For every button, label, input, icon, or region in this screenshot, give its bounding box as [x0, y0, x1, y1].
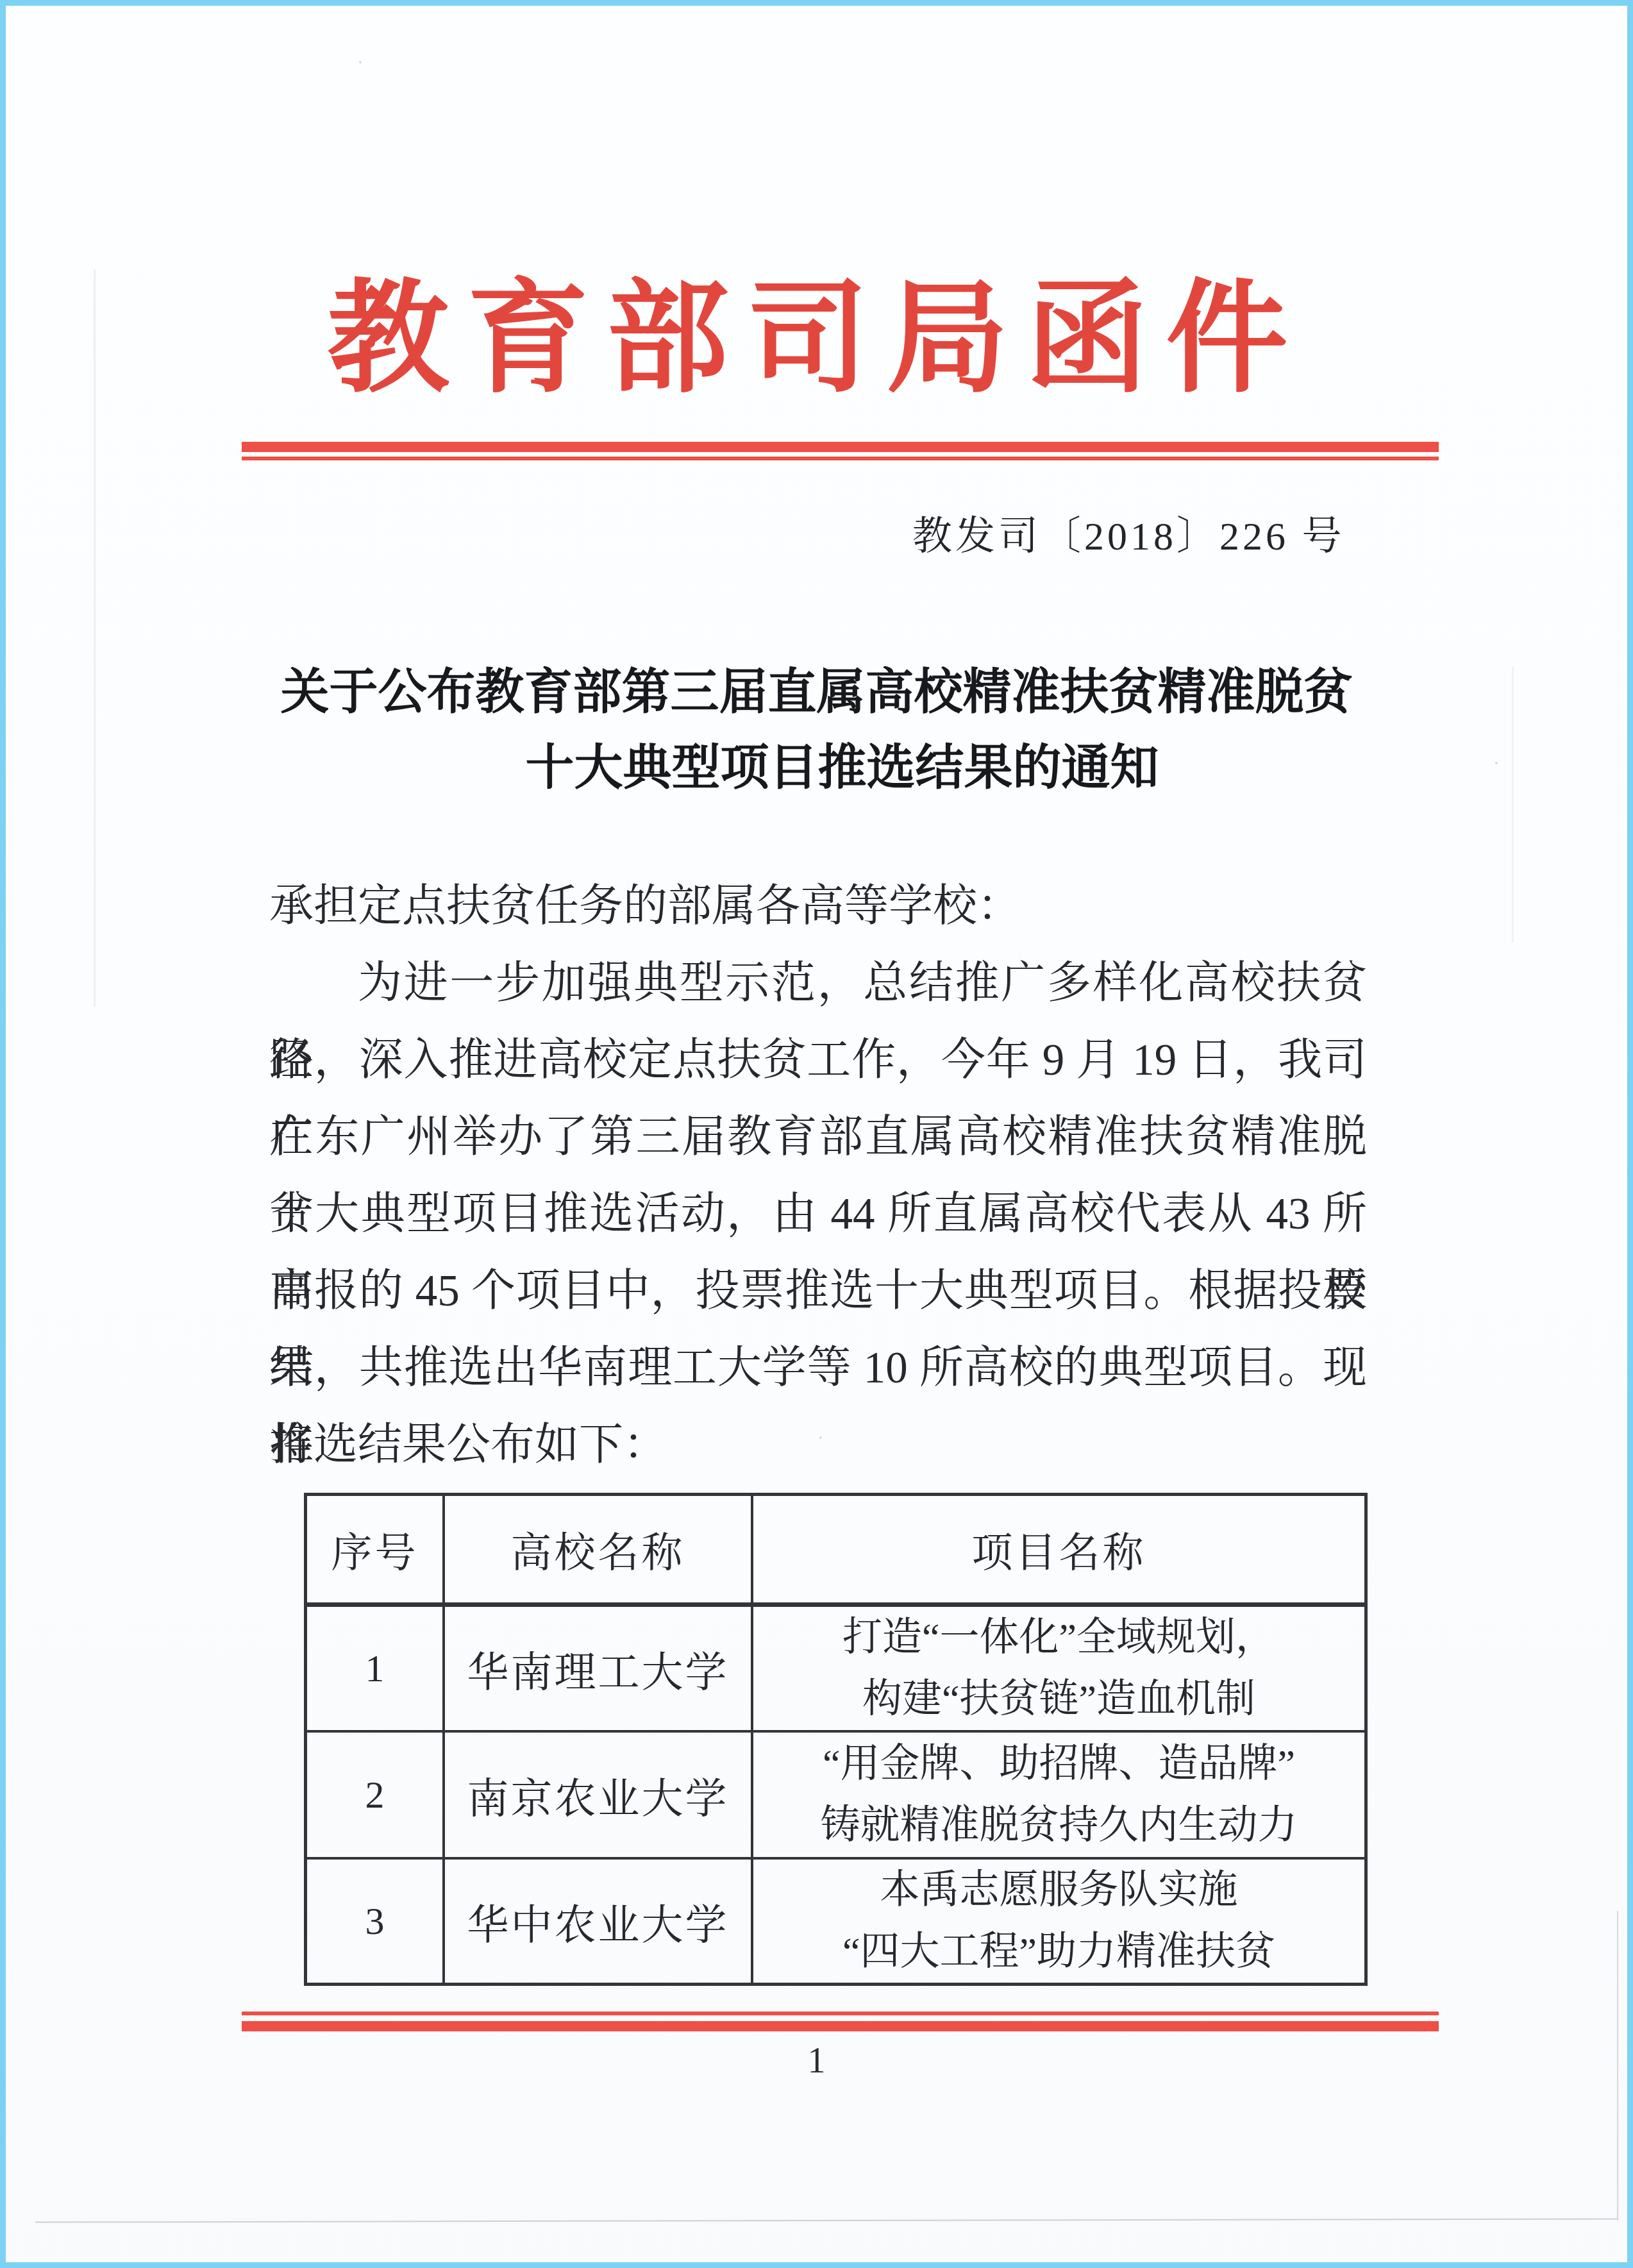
footer-rule-thick: [242, 2021, 1439, 2031]
header-cell-university: 高校名称: [444, 1495, 752, 1605]
notice-body: 承担定点扶贫任务的部属各高等学校： 为进一步加强典型示范，总结推广多样化高校扶贫…: [269, 868, 1367, 1483]
table-row: 2 南京农业大学 “用金牌、助招牌、造品牌” 铸就精准脱贫持久内生动力: [306, 1731, 1366, 1858]
cell-project: “用金牌、助招牌、造品牌” 铸就精准脱贫持久内生动力: [752, 1731, 1366, 1858]
body-line: 为进一步加强典型示范，总结推广多样化高校扶贫路: [269, 945, 1367, 1021]
body-line: 广东广州举办了第三届教育部直属高校精准扶贫精准脱贫: [269, 1098, 1367, 1175]
cell-project: 本禹志愿服务队实施 “四大工程”助力精准扶贫: [752, 1858, 1366, 1985]
project-line: 铸就精准脱贫持久内生动力: [753, 1795, 1364, 1856]
page-number: 1: [0, 2040, 1633, 2081]
cell-project: 打造“一体化”全域规划， 构建“扶贫链”造血机制: [752, 1605, 1366, 1732]
project-line: “用金牌、助招牌、造品牌”: [753, 1733, 1364, 1795]
cell-index: 3: [306, 1858, 444, 1985]
project-line: 构建“扶贫链”造血机制: [753, 1668, 1364, 1730]
dust-speck: [359, 61, 362, 63]
cell-index: 2: [306, 1731, 444, 1858]
notice-title-line2: 十大典型项目推选结果的通知: [26, 728, 1633, 798]
project-line: 本禹志愿服务队实施: [753, 1860, 1364, 1921]
project-line: “四大工程”助力精准扶贫: [753, 1921, 1364, 1983]
cell-index: 1: [306, 1605, 444, 1732]
header-rule-thin: [242, 457, 1439, 460]
cell-university: 华中农业大学: [444, 1858, 752, 1985]
header-cell-project: 项目名称: [752, 1495, 1366, 1605]
body-line: 果，共推选出华南理工大学等 10 所高校的典型项目。现将: [269, 1329, 1367, 1406]
body-line: 径，深入推进高校定点扶贫工作，今年 9 月 19 日，我司在: [269, 1021, 1367, 1098]
results-table: 序号 高校名称 项目名称 1 华南理工大学 打造“一体化”全域规划， 构建“扶贫…: [304, 1493, 1368, 1986]
scanned-document: { "colors": { "banner_red": "#e2473e", "…: [0, 0, 1633, 2268]
salutation-line: 承担定点扶贫任务的部属各高等学校：: [269, 868, 1367, 945]
cell-university: 南京农业大学: [444, 1731, 752, 1858]
header-rule-thick: [242, 442, 1439, 452]
table-row: 3 华中农业大学 本禹志愿服务队实施 “四大工程”助力精准扶贫: [306, 1858, 1366, 1985]
cell-university: 华南理工大学: [444, 1605, 752, 1732]
body-line: 推选结果公布如下：: [269, 1406, 1367, 1483]
document-reference-number: 教发司〔2018〕226 号: [912, 513, 1345, 560]
footer-rule-thin: [242, 2012, 1439, 2015]
body-line: 十大典型项目推选活动，由 44 所直属高校代表从 43 所高校: [269, 1175, 1367, 1252]
letterhead-banner-title: 教育部司局函件: [0, 274, 1633, 406]
header-cell-index: 序号: [306, 1495, 444, 1605]
notice-title-line1: 关于公布教育部第三届直属高校精准扶贫精准脱贫: [0, 653, 1633, 723]
project-line: 打造“一体化”全域规划，: [753, 1607, 1364, 1668]
body-line: 申报的 45 个项目中，投票推选十大典型项目。根据投票结: [269, 1252, 1367, 1329]
table-header-row: 序号 高校名称 项目名称: [306, 1495, 1366, 1605]
table-row: 1 华南理工大学 打造“一体化”全域规划， 构建“扶贫链”造血机制: [306, 1605, 1366, 1732]
